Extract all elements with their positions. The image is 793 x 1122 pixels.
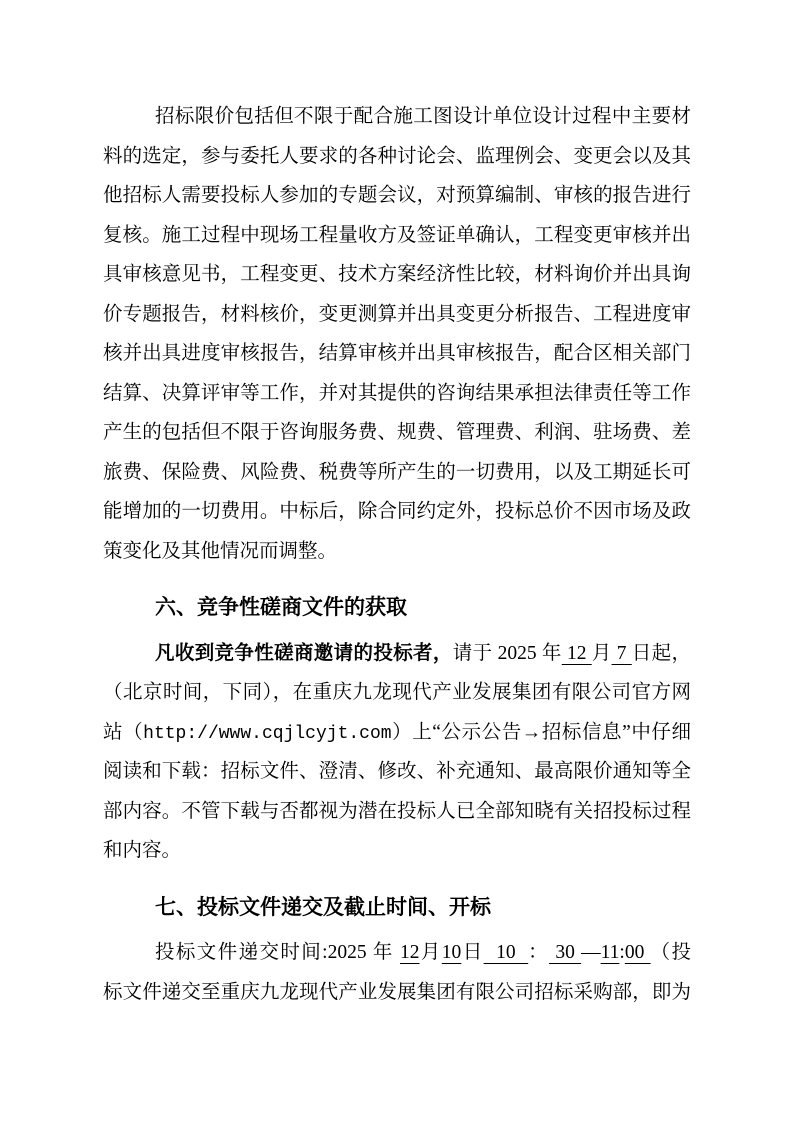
text-line: 站（http://www.cqjlcyjt.com）上“公示公告→招标信息”中仔… — [103, 713, 691, 753]
text-line: 招标限价包括但不限于配合施工图设计单位设计过程中主要材 — [103, 97, 691, 137]
text-line: 投标文件递交时间:2025 年 12月10日 10 ： 30 —11:00 （投 — [103, 933, 691, 973]
text-line: 结算、决算评审等工作，并对其提供的咨询结果承担法律责任等工作 — [103, 374, 691, 414]
blank-underlined-value: 10 — [442, 942, 462, 963]
text-segment: （北京时间，下同），在重庆九龙现代产业发展集团有限公司官方网 — [103, 682, 691, 703]
text-line: 部内容。不管下载与否都视为潜在投标人已全部知晓有关招投标过程 — [103, 792, 691, 832]
text-segment: 投标文件递交时间:2025 年 — [155, 942, 400, 963]
section-6-heading: 六、竞争性磋商文件的获取 — [103, 588, 691, 628]
text-segment: 他招标人需要投标人参加的专题会议，对预算编制、审核的报告进行 — [103, 185, 691, 206]
text-segment: — — [581, 942, 601, 963]
text-line: 策变化及其他情况而调整。 — [103, 532, 691, 572]
text-segment: 月 — [592, 643, 612, 664]
text-segment: 产生的包括但不限于咨询服务费、规费、管理费、利润、驻场费、差 — [103, 422, 691, 443]
text-line: （北京时间，下同），在重庆九龙现代产业发展集团有限公司官方网 — [103, 673, 691, 713]
para-limit-price-scope: 招标限价包括但不限于配合施工图设计单位设计过程中主要材料的选定，参与委托人要求的… — [103, 97, 691, 571]
text-line: 具审核意见书，工程变更、技术方案经济性比较，材料询价并出具询 — [103, 255, 691, 295]
text-line: 标文件递交至重庆九龙现代产业发展集团有限公司招标采购部，即为 — [103, 973, 691, 1013]
blank-underlined-value: 7 — [612, 643, 632, 664]
text-line: 和内容。 — [103, 831, 691, 871]
text-line: 他招标人需要投标人参加的专题会议，对预算编制、审核的报告进行 — [103, 176, 691, 216]
text-segment: 能增加的一切费用。中标后，除合同约定外，投标总价不因市场及政 — [103, 501, 691, 522]
text-line: 凡收到竞争性磋商邀请的投标者，请于 2025 年 12 月 7 日起， — [103, 634, 691, 674]
text-line: 能增加的一切费用。中标后，除合同约定外，投标总价不因市场及政 — [103, 492, 691, 532]
text-line: 料的选定，参与委托人要求的各种讨论会、监理例会、变更会以及其 — [103, 137, 691, 177]
blank-underlined-value: 12 — [562, 643, 592, 664]
text-segment: 月 — [420, 942, 442, 963]
text-segment: 价专题报告，材料核价，变更测算并出具变更分析报告、工程进度审 — [103, 304, 691, 325]
blank-underlined-value: 12 — [400, 942, 420, 963]
text-segment: 日起， — [632, 643, 691, 664]
text-line: 旅费、保险费、风险费、税费等所产生的一切费用，以及工期延长可 — [103, 453, 691, 493]
text-line: 复核。施工过程中现场工程量收方及签证单确认，工程变更审核并出 — [103, 216, 691, 256]
blank-underlined-value: 00 — [625, 942, 651, 963]
blank-underlined-value: 11 — [601, 942, 620, 963]
para-submission-time: 投标文件递交时间:2025 年 12月10日 10 ： 30 —11:00 （投… — [103, 933, 691, 1012]
text-segment: 标文件递交至重庆九龙现代产业发展集团有限公司招标采购部，即为 — [103, 982, 691, 1003]
text-segment: 具审核意见书，工程变更、技术方案经济性比较，材料询价并出具询 — [103, 264, 691, 285]
text-segment: 核并出具进度审核报告，结算审核并出具审核报告，配合区相关部门 — [103, 343, 691, 364]
text-line: 价专题报告，材料核价，变更测算并出具变更分析报告、工程进度审 — [103, 295, 691, 335]
para-document-acquisition: 凡收到竞争性磋商邀请的投标者，请于 2025 年 12 月 7 日起，（北京时间… — [103, 634, 691, 871]
text-segment: 凡收到竞争性磋商邀请的投标者， — [155, 643, 453, 664]
document-url: http://www.cqjlcyjt.com — [143, 724, 391, 744]
text-segment: 日 — [461, 942, 483, 963]
text-segment: ）上“公示公告→招标信息”中仔细 — [392, 722, 691, 743]
text-segment: 料的选定，参与委托人要求的各种讨论会、监理例会、变更会以及其 — [103, 146, 691, 167]
text-segment: 复核。施工过程中现场工程量收方及签证单确认，工程变更审核并出 — [103, 225, 691, 246]
text-segment: 招标限价包括但不限于配合施工图设计单位设计过程中主要材 — [155, 106, 691, 127]
blank-underlined-value: 10 — [484, 942, 529, 963]
text-segment: 阅读和下载：招标文件、澄清、修改、补充通知、最高限价通知等全 — [103, 761, 691, 782]
text-segment: 站（ — [103, 722, 143, 743]
text-line: 核并出具进度审核报告，结算审核并出具审核报告，配合区相关部门 — [103, 334, 691, 374]
text-segment: ： — [528, 942, 549, 963]
document-content: 招标限价包括但不限于配合施工图设计单位设计过程中主要材料的选定，参与委托人要求的… — [103, 97, 691, 1012]
text-segment: 请于 2025 年 — [453, 643, 562, 664]
text-segment: 旅费、保险费、风险费、税费等所产生的一切费用，以及工期延长可 — [103, 462, 691, 483]
text-segment: （投 — [651, 942, 691, 963]
text-segment: 和内容。 — [103, 840, 181, 861]
document-page: 招标限价包括但不限于配合施工图设计单位设计过程中主要材料的选定，参与委托人要求的… — [0, 0, 793, 1122]
text-segment: 部内容。不管下载与否都视为潜在投标人已全部知晓有关招投标过程 — [103, 801, 691, 822]
text-line: 产生的包括但不限于咨询服务费、规费、管理费、利润、驻场费、差 — [103, 413, 691, 453]
blank-underlined-value: 30 — [549, 942, 581, 963]
text-line: 阅读和下载：招标文件、澄清、修改、补充通知、最高限价通知等全 — [103, 752, 691, 792]
section-7-heading: 七、投标文件递交及截止时间、开标 — [103, 888, 691, 928]
text-segment: 结算、决算评审等工作，并对其提供的咨询结果承担法律责任等工作 — [103, 383, 691, 404]
text-segment: 策变化及其他情况而调整。 — [103, 541, 337, 562]
